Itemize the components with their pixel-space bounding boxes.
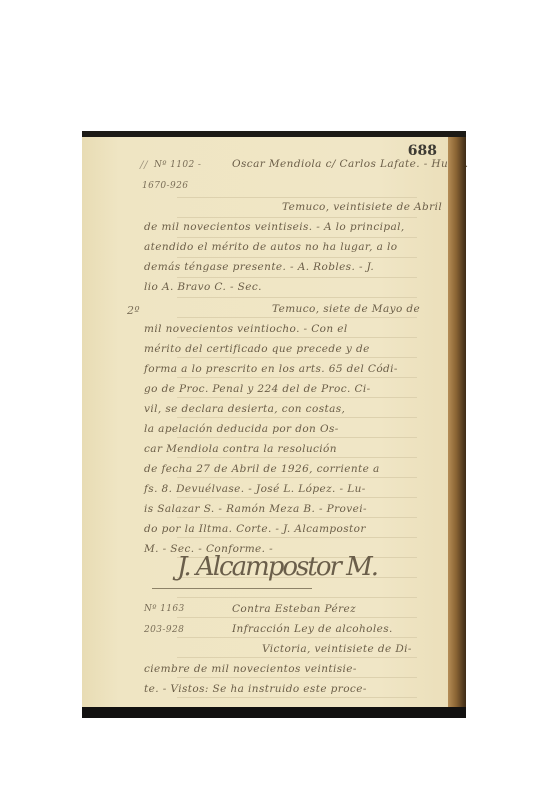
entry-1-line: de mil novecientos veintiseis. - A lo pr… xyxy=(144,221,405,233)
entry-2-line: car Mendiola contra la resolución xyxy=(144,443,337,455)
entry-2-line: forma a lo prescrito en los arts. 65 del… xyxy=(144,363,398,375)
signature: J. Alcampostor M. xyxy=(177,552,377,582)
margin-tick-mark: // xyxy=(140,159,148,171)
page-number: 688 xyxy=(408,143,437,159)
entry-2-line: mil novecientos veintiocho. - Con el xyxy=(144,323,348,335)
entry-2-line: do por la Iltma. Corte. - J. Alcampostor xyxy=(144,523,366,535)
entry-3-line: ciembre de mil novecientos veintisie- xyxy=(144,663,357,675)
entry-1-line: demás téngase presente. - A. Robles. - J… xyxy=(144,261,374,273)
entry-3-line: te. - Vistos: Se ha instruido este proce… xyxy=(144,683,367,695)
entry-1-rol: 1670-926 xyxy=(142,181,188,191)
entry-2-line: go de Proc. Penal y 224 del de Proc. Ci- xyxy=(144,383,371,395)
entry-2-line: is Salazar S. - Ramón Meza B. - Provei- xyxy=(144,503,367,515)
entry-2-line: de fecha 27 de Abril de 1926, corriente … xyxy=(144,463,380,475)
entry-2-line: vil, se declara desierta, con costas, xyxy=(144,403,345,415)
entry-3-number: Nº 1163 xyxy=(144,604,185,614)
entry-2-marker: 2º xyxy=(127,304,140,317)
entry-1-line: Oscar Mendiola c/ Carlos Lafate. - Hurto… xyxy=(232,158,468,170)
scan-bottom-border xyxy=(82,707,466,718)
entry-2-line: la apelación deducida por don Os- xyxy=(144,423,339,435)
entry-1-line: atendido el mérito de autos no ha lugar,… xyxy=(144,241,398,253)
entry-3-line: Infracción Ley de alcoholes. xyxy=(232,623,393,635)
entry-1-line: lio A. Bravo C. - Sec. xyxy=(144,281,262,293)
book-binding-edge xyxy=(448,137,466,709)
document-scan: 688 // Nº 1102 - 1670-926 Oscar Mendiola… xyxy=(82,131,466,718)
entry-3-line: Victoria, veintisiete de Di- xyxy=(262,643,412,655)
entry-3-line: Contra Esteban Pérez xyxy=(232,603,356,615)
entry-1-line: Temuco, veintisiete de Abril xyxy=(282,201,442,213)
entry-2-line: Temuco, siete de Mayo de xyxy=(272,303,420,315)
signature-underline xyxy=(152,588,312,589)
entry-3-rol: 203-928 xyxy=(144,625,184,635)
entry-2-line: fs. 8. Devuélvase. - José L. López. - Lu… xyxy=(144,483,366,495)
entry-2-line: mérito del certificado que precede y de xyxy=(144,343,370,355)
entry-1-number: Nº 1102 - xyxy=(154,160,201,170)
ledger-page: 688 // Nº 1102 - 1670-926 Oscar Mendiola… xyxy=(82,137,449,707)
